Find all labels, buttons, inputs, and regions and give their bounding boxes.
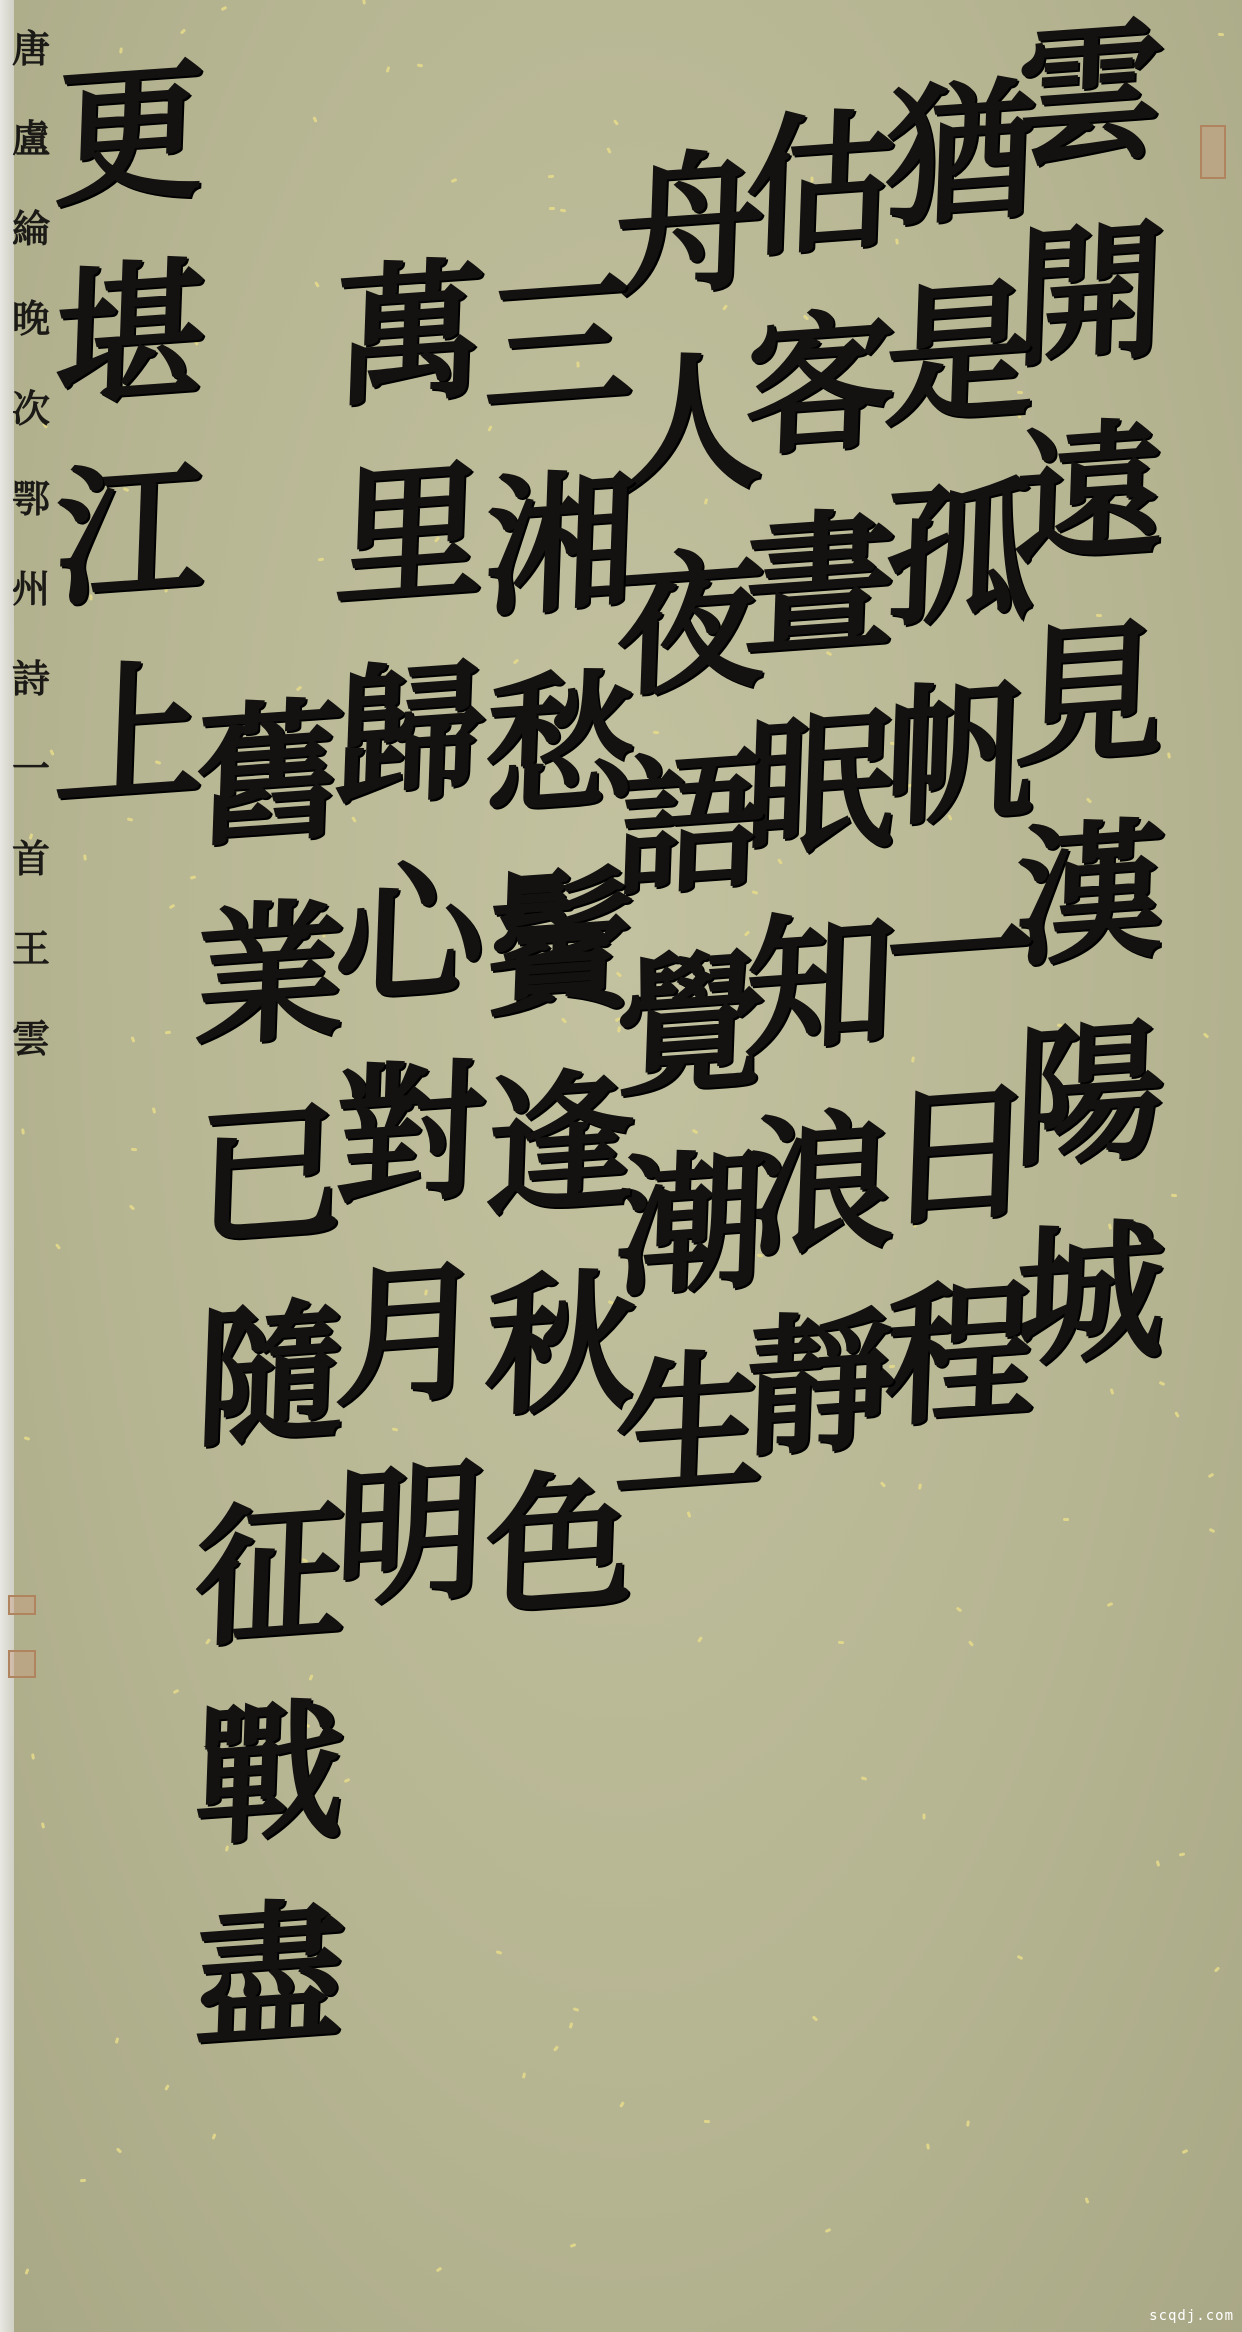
calligraphy-character: 愁 xyxy=(483,664,638,825)
inscription-character: 唐 xyxy=(12,30,50,68)
calligraphy-character: 月 xyxy=(333,1254,488,1415)
calligraphy-character: 更 xyxy=(53,54,208,215)
calligraphy-character: 堪 xyxy=(53,254,208,415)
calligraphy-character: 盡 xyxy=(193,1894,348,2055)
calligraphy-character: 對 xyxy=(333,1054,488,1215)
seal-2 xyxy=(8,1595,36,1615)
calligraphy-character: 舊 xyxy=(193,694,348,855)
calligraphy-character: 業 xyxy=(193,894,348,1055)
gold-fleck xyxy=(922,1814,925,1820)
gold-fleck xyxy=(1062,1518,1068,1521)
calligraphy-character: 日 xyxy=(883,1074,1038,1235)
calligraphy-character: 萬 xyxy=(333,254,488,415)
calligraphy-character: 歸 xyxy=(333,654,488,815)
calligraphy-character: 戰 xyxy=(193,1694,348,1855)
calligraphy-character: 心 xyxy=(333,854,488,1015)
calligraphy-character: 明 xyxy=(333,1454,488,1615)
inscription-character: 鄂 xyxy=(12,480,50,518)
calligraphy-column: 舊業已隨征戰盡 xyxy=(195,700,345,2100)
calligraphy-character: 逢 xyxy=(483,1064,638,1225)
inscription-character: 盧 xyxy=(12,120,50,158)
calligraphy-column: 更堪江上 xyxy=(55,60,205,860)
calligraphy-character: 程 xyxy=(883,1274,1038,1435)
calligraphy-character: 已 xyxy=(193,1094,348,1255)
calligraphy-column: 三湘愁鬢逢秋色 xyxy=(485,270,635,1670)
inscription-column: 唐盧綸晚次鄂州詩一首王雲 xyxy=(8,30,54,1110)
calligraphy-column: 雲開遠見漢陽城 xyxy=(1015,20,1165,1420)
calligraphy-character: 是 xyxy=(883,274,1038,435)
calligraphy-character: 江 xyxy=(53,454,208,615)
calligraphy-character: 三 xyxy=(483,264,638,425)
inscription-character: 次 xyxy=(12,390,50,428)
calligraphy-character: 猶 xyxy=(883,74,1038,235)
calligraphy-character: 孤 xyxy=(883,474,1038,635)
gold-fleck xyxy=(165,1030,171,1034)
seal-3 xyxy=(8,1650,36,1678)
inscription-character: 王 xyxy=(12,930,50,968)
calligraphy-character: 上 xyxy=(53,654,208,815)
calligraphy-character: 色 xyxy=(483,1464,638,1625)
inscription-character: 一 xyxy=(12,750,50,788)
calligraphy-character: 湘 xyxy=(483,464,638,625)
calligraphy-character: 鬢 xyxy=(483,864,638,1025)
gold-fleck xyxy=(131,1148,137,1152)
calligraphy-character: 一 xyxy=(883,874,1038,1035)
gold-fleck xyxy=(704,2119,710,2122)
gold-fleck xyxy=(838,1641,844,1644)
gold-fleck xyxy=(926,2143,930,2149)
calligraphy-column: 萬里歸心對月明 xyxy=(335,260,485,1660)
calligraphy-character: 帆 xyxy=(883,674,1038,835)
gold-fleck xyxy=(80,2178,86,2182)
inscription-character: 晚 xyxy=(12,300,50,338)
inscription-character: 州 xyxy=(12,570,50,608)
calligraphy-character: 秋 xyxy=(483,1264,638,1425)
inscription-character: 首 xyxy=(12,840,50,878)
calligraphy-column: 估客晝眠知浪靜 xyxy=(745,110,895,1510)
watermark: scqdj.com xyxy=(1149,2308,1234,2324)
inscription-character: 詩 xyxy=(12,660,50,698)
inscription-character: 綸 xyxy=(12,210,50,248)
calligraphy-column: 猶是孤帆一日程 xyxy=(885,80,1035,1480)
inscription-character: 雲 xyxy=(12,1020,50,1058)
calligraphy-character: 里 xyxy=(333,454,488,615)
gold-fleck xyxy=(362,0,366,5)
seal-1 xyxy=(1200,125,1226,179)
gold-fleck xyxy=(1218,33,1224,36)
calligraphy-character: 隨 xyxy=(193,1294,348,1455)
calligraphy-character: 征 xyxy=(193,1494,348,1655)
calligraphy-column: 舟人夜語覺潮生 xyxy=(615,150,765,1550)
gold-fleck xyxy=(1171,1193,1177,1197)
